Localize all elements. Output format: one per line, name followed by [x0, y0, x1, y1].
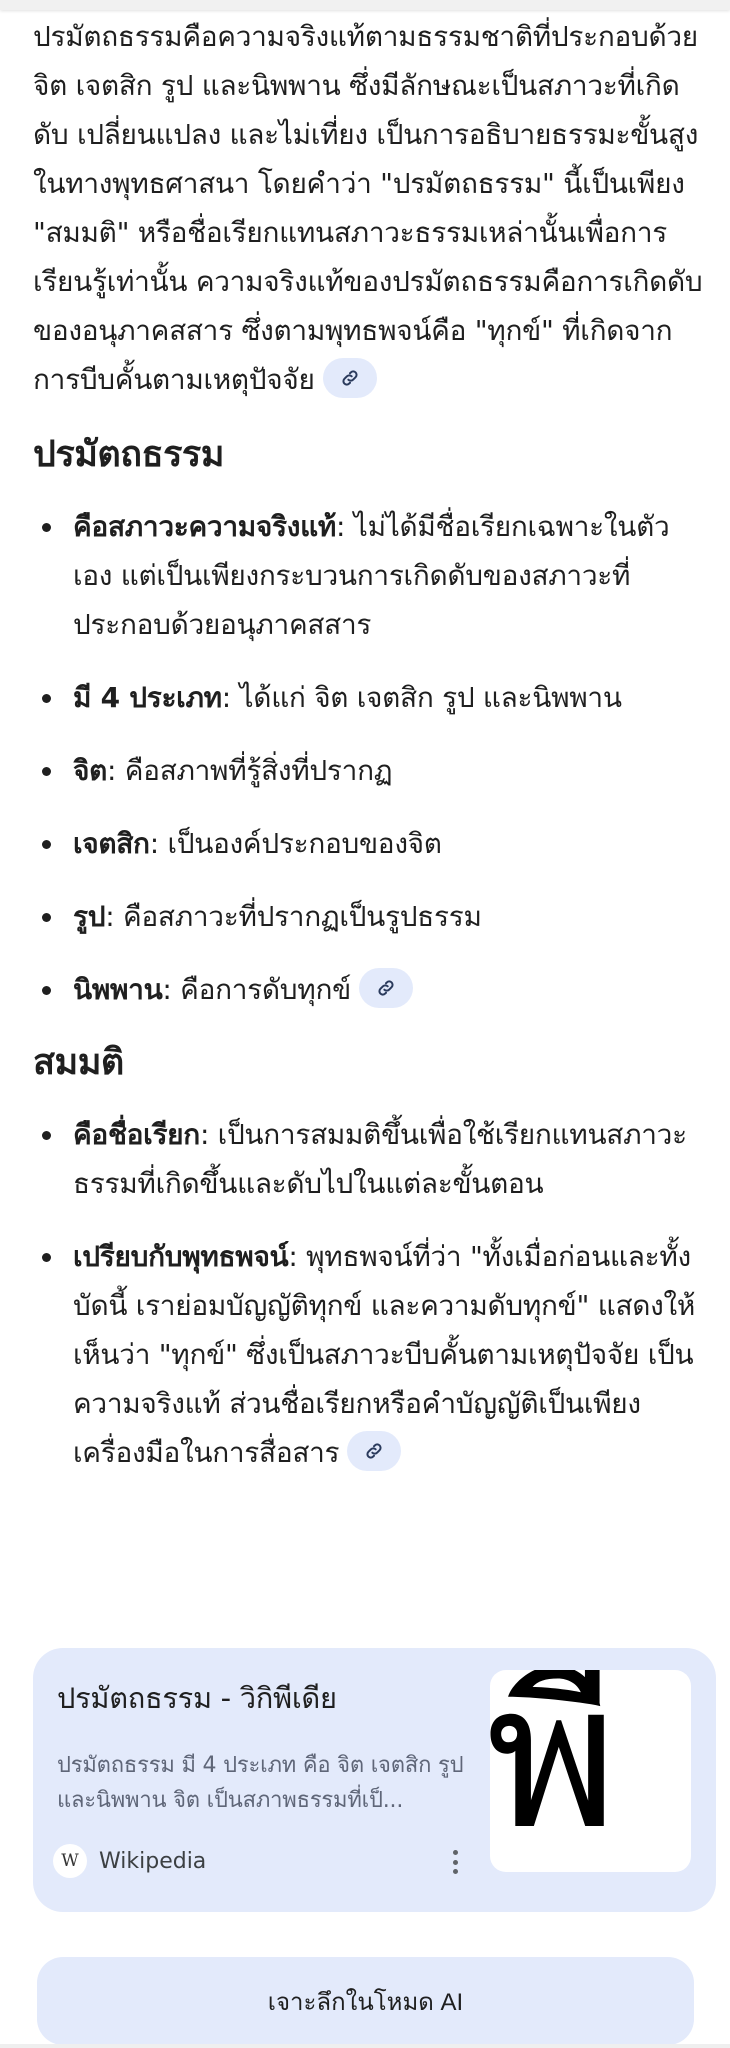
paramattha-list: คือสภาวะความจริงแท้: ไม่ได้มีชื่อเรียกเฉ… — [33, 502, 703, 1014]
list-item: มี 4 ประเภท: ได้แก่ จิต เจตสิก รูป และนิ… — [33, 673, 703, 722]
wikipedia-favicon-icon: W — [53, 1844, 87, 1878]
sammati-list: คือชื่อเรียก: เป็นการสมมติขึ้นเพื่อใช้เร… — [33, 1110, 703, 1477]
list-item: เจตสิก: เป็นองค์ประกอบของจิต — [33, 819, 703, 868]
list-item: คือชื่อเรียก: เป็นการสมมติขึ้นเพื่อใช้เร… — [33, 1110, 703, 1208]
source-thumbnail[interactable]: พี เ — [490, 1670, 691, 1872]
intro-text: ปรมัตถธรรมคือความจริงแท้ตามธรรมชาติที่ปร… — [33, 20, 702, 396]
source-name: Wikipedia — [99, 1849, 206, 1874]
more-vert-icon[interactable] — [447, 1846, 463, 1878]
item-term: เปรียบกับพุทธพจน์ — [73, 1240, 288, 1273]
list-item: คือสภาวะความจริงแท้: ไม่ได้มีชื่อเรียกเฉ… — [33, 502, 703, 649]
dive-deeper-ai-mode-button[interactable]: เจาะลึกในโหมด AI — [37, 1957, 694, 2045]
item-desc: คือสภาพที่รู้สิ่งที่ปรากฏ — [116, 754, 392, 787]
section-heading-paramattha: ปรมัตถธรรม — [33, 430, 703, 480]
item-desc: คือการดับทุกข์ — [172, 973, 351, 1006]
link-icon — [340, 368, 360, 388]
item-term: มี 4 ประเภท — [73, 681, 222, 714]
source-card[interactable]: ปรมัตถธรรม - วิกิพีเดีย ปรมัตถธรรม มี 4 … — [33, 1648, 716, 1912]
top-bar — [0, 0, 730, 10]
item-term: คือสภาวะความจริงแท้ — [73, 510, 336, 543]
list-item: เปรียบกับพุทธพจน์: พุทธพจน์ที่ว่า "ทั้งเ… — [33, 1232, 703, 1477]
item-term: คือชื่อเรียก — [73, 1118, 200, 1151]
item-term: จิต — [73, 754, 107, 787]
link-icon — [364, 1441, 384, 1461]
source-attribution: W Wikipedia — [53, 1844, 206, 1878]
source-card-title[interactable]: ปรมัตถธรรม - วิกิพีเดีย — [57, 1678, 337, 1718]
section-heading-sammati: สมมติ — [33, 1038, 703, 1088]
item-desc: เป็นองค์ประกอบของจิต — [159, 827, 442, 860]
item-term: นิพพาน — [73, 973, 162, 1006]
source-link-chip[interactable] — [323, 358, 377, 398]
list-item: จิต: คือสภาพที่รู้สิ่งที่ปรากฏ — [33, 746, 703, 795]
bottom-edge — [0, 2044, 730, 2048]
thumbnail-text: พี เ — [490, 1670, 691, 1872]
item-term: เจตสิก — [73, 827, 150, 860]
list-item: นิพพาน: คือการดับทุกข์ — [33, 965, 703, 1014]
list-item: รูป: คือสภาวะที่ปรากฏเป็นรูปธรรม — [33, 892, 703, 941]
intro-paragraph: ปรมัตถธรรมคือความจริงแท้ตามธรรมชาติที่ปร… — [33, 12, 703, 404]
source-link-chip[interactable] — [359, 968, 413, 1008]
item-desc: ได้แก่ จิต เจตสิก รูป และนิพพาน — [231, 681, 622, 714]
item-desc: คือสภาวะที่ปรากฏเป็นรูปธรรม — [114, 900, 481, 933]
source-card-snippet: ปรมัตถธรรม มี 4 ประเภท คือ จิต เจตสิก รู… — [57, 1748, 477, 1818]
ai-overview-content: ปรมัตถธรรมคือความจริงแท้ตามธรรมชาติที่ปร… — [33, 12, 703, 1501]
link-icon — [376, 978, 396, 998]
item-term: รูป — [73, 900, 105, 933]
source-link-chip[interactable] — [347, 1431, 401, 1471]
